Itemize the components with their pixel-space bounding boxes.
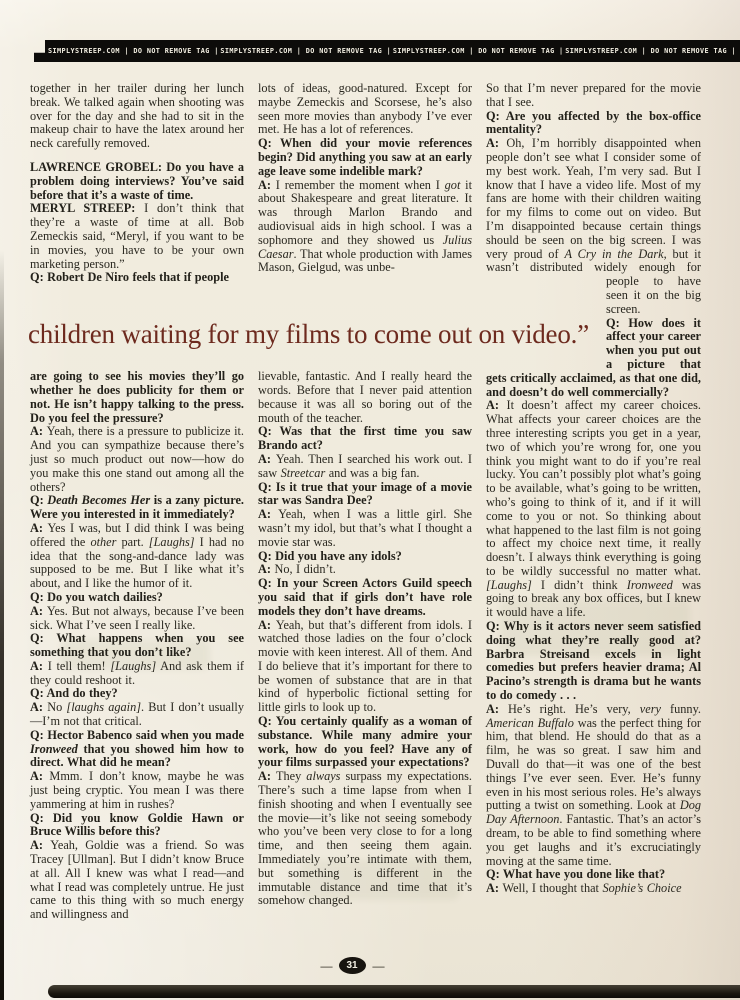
speaker-label: Q: <box>30 590 47 604</box>
question-paragraph: Q: Did you have any idols? <box>258 550 472 564</box>
speaker-label: Q: <box>486 867 503 881</box>
question-paragraph: Q: You certainly qualify as a woman of s… <box>258 715 472 770</box>
article-column-2: lots of ideas, good-natured. Except for … <box>258 82 472 908</box>
speaker-label: MERYL STREEP: <box>30 201 144 215</box>
speaker-label: Q: <box>30 493 47 507</box>
question-paragraph: LAWRENCE GROBEL: Do you have a problem d… <box>30 161 244 202</box>
speaker-label: A: <box>486 702 508 716</box>
speaker-label: A: <box>258 618 276 632</box>
answer-paragraph: A: Yeah, Goldie was a friend. So was Tra… <box>30 839 244 922</box>
question-paragraph: Q: What have you done like that? <box>486 868 701 882</box>
magazine-page-scan: SIMPLYSTREEP.COM | DO NOT REMOVE TAG | S… <box>0 0 740 1000</box>
question-paragraph: Q: Is it true that your image of a movie… <box>258 481 472 509</box>
body-paragraph: So that I’m never prepared for the movie… <box>486 82 701 110</box>
speaker-label: Q: <box>486 619 504 633</box>
speaker-label: A: <box>258 562 274 576</box>
speaker-label: A: <box>486 398 507 412</box>
speaker-label: A: <box>258 178 276 192</box>
speaker-label: A: <box>486 136 506 150</box>
scan-edge-left <box>0 250 4 1000</box>
answer-paragraph: A: Yes I was, but I did think I was bein… <box>30 522 244 591</box>
answer-paragraph: A: No, I didn’t. <box>258 563 472 577</box>
speaker-label: A: <box>30 521 48 535</box>
pull-quote: children waiting for my films to come ou… <box>28 314 589 354</box>
question-paragraph: Q: Robert De Niro feels that if people <box>30 271 244 285</box>
question-paragraph: Q: Did you know Goldie Hawn or Bruce Wil… <box>30 812 244 840</box>
speaker-label: Q: <box>258 576 277 590</box>
speaker-label: A: <box>30 424 47 438</box>
speaker-label: Q: <box>30 811 53 825</box>
body-paragraph: lievable, fantastic. And I really heard … <box>258 370 472 425</box>
speaker-label: Q: <box>258 549 275 563</box>
speaker-label: A: <box>30 604 47 618</box>
scan-edge-bottom <box>48 985 740 998</box>
speaker-label: Q: <box>258 480 276 494</box>
footer-dash: — <box>373 960 384 972</box>
answer-paragraph: A: I tell them! [Laughs] And ask them if… <box>30 660 244 688</box>
question-paragraph: Q: Hector Babenco said when you made Iro… <box>30 729 244 770</box>
answer-paragraph: A: Well, I thought that Sophie’s Choice <box>486 882 701 896</box>
watermark-text: SIMPLYSTREEP.COM | DO NOT REMOVE TAG | <box>220 48 391 55</box>
speaker-label: Q: <box>258 136 280 150</box>
speaker-label: Q: <box>30 270 47 284</box>
body-paragraph: together in her trailer during her lunch… <box>30 82 244 151</box>
question-paragraph: Q: When did your movie references begin?… <box>258 137 472 178</box>
answer-paragraph: A: Mmm. I don’t know, maybe he was just … <box>30 770 244 811</box>
answer-paragraph: A: They always surpass my expectations. … <box>258 770 472 908</box>
speaker-label: Q: <box>30 686 46 700</box>
answer-paragraph: A: Oh, I’m horribly disappointed when pe… <box>486 137 701 316</box>
speaker-label: Q: <box>30 728 47 742</box>
question-paragraph: Q: In your Screen Actors Guild speech yo… <box>258 577 472 618</box>
page-footer: — 31 — <box>0 957 704 974</box>
watermark-text: SIMPLYSTREEP.COM | DO NOT REMOVE TAG | <box>565 48 736 55</box>
speaker-label: A: <box>30 838 50 852</box>
watermark-text: SIMPLYSTREEP.COM | DO NOT REMOVE TAG | <box>393 48 564 55</box>
question-paragraph: Q: Was that the first time you saw Brand… <box>258 425 472 453</box>
answer-paragraph: A: Yeah, when I was a little girl. She w… <box>258 508 472 549</box>
question-paragraph: Q: Are you affected by the box-office me… <box>486 110 701 138</box>
speaker-label: A: <box>258 507 278 521</box>
speaker-label: Q: <box>258 714 276 728</box>
speaker-label: A: <box>258 452 276 466</box>
speaker-label: Q: <box>486 109 506 123</box>
answer-paragraph: A: No [laughs again]. But I don’t usuall… <box>30 701 244 729</box>
speaker-label: A: <box>30 659 48 673</box>
question-paragraph: Q: What happens when you see something t… <box>30 632 244 660</box>
answer-paragraph: A: Yes. But not always, because I’ve bee… <box>30 605 244 633</box>
answer-paragraph: A: Yeah. Then I searched his work out. I… <box>258 453 472 481</box>
answer-paragraph: A: It doesn’t affect my career choices. … <box>486 399 701 620</box>
answer-paragraph: A: He’s right. He’s very, very funny. Am… <box>486 703 701 869</box>
answer-paragraph: A: I remember the moment when I got it a… <box>258 179 472 276</box>
speaker-label: Q: <box>30 631 56 645</box>
question-paragraph: Q: Death Becomes Her is a zany picture. … <box>30 494 244 522</box>
speaker-label: LAWRENCE GROBEL: <box>30 160 166 174</box>
answer-paragraph: A: Yeah, but that’s different from idols… <box>258 619 472 716</box>
question-paragraph: Q: Why is it actors never seem satisfied… <box>486 620 701 703</box>
speaker-label: Q: <box>606 316 628 330</box>
question-paragraph: Q: Do you watch dailies? <box>30 591 244 605</box>
answer-paragraph: A: Yeah, there is a pressure to publiciz… <box>30 425 244 494</box>
watermark-banner: SIMPLYSTREEP.COM | DO NOT REMOVE TAG | S… <box>34 40 740 62</box>
speaker-label: A: <box>258 769 276 783</box>
speaker-label: A: <box>486 881 502 895</box>
article-column-1: together in her trailer during her lunch… <box>30 82 244 922</box>
page-number-badge: 31 <box>339 957 366 974</box>
watermark-text: SIMPLYSTREEP.COM | DO NOT REMOVE TAG | <box>48 48 219 55</box>
footer-dash: — <box>321 960 332 972</box>
article-column-3: So that I’m never prepared for the movie… <box>486 82 701 896</box>
question-paragraph: Q: And do they? <box>30 687 244 701</box>
speaker-label: A: <box>30 769 49 783</box>
answer-paragraph: MERYL STREEP: I don’t think that they’re… <box>30 202 244 271</box>
question-paragraph: are going to see his movies they’ll go w… <box>30 370 244 425</box>
speaker-label: Q: <box>258 424 280 438</box>
body-paragraph: lots of ideas, good-natured. Except for … <box>258 82 472 137</box>
speaker-label: A: <box>30 700 47 714</box>
